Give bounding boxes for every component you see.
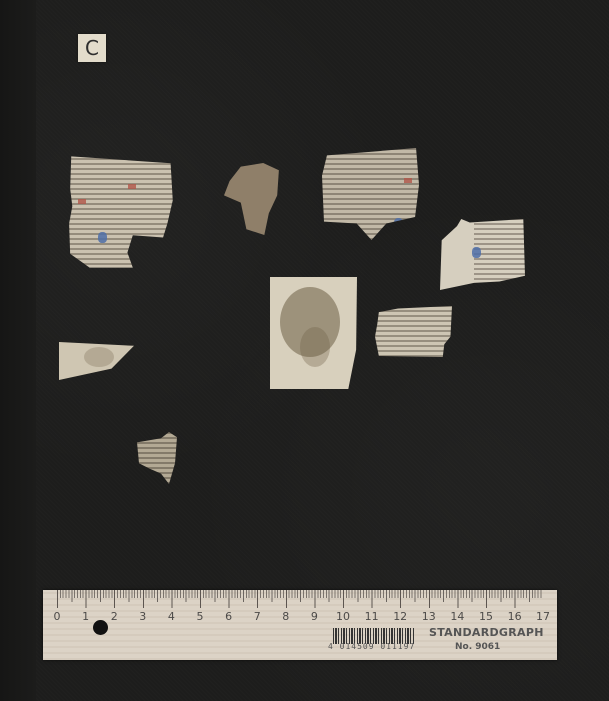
fragment-5 (270, 277, 357, 389)
ruler-number: 2 (111, 610, 118, 623)
background-edge (0, 0, 36, 701)
ruler-number: 8 (282, 610, 289, 623)
ruler-number: 5 (197, 610, 204, 623)
ruler-ticks (57, 590, 543, 612)
ruler-number: 10 (336, 610, 350, 623)
fragment-6 (375, 306, 452, 357)
ruler-number: 16 (508, 610, 522, 623)
specimen-label-text: C (85, 36, 99, 60)
ruler-number: 12 (393, 610, 407, 623)
specimen-label: C (78, 34, 106, 62)
ruler-number: 11 (365, 610, 379, 623)
ruler-number: 3 (139, 610, 146, 623)
ruler-number: 13 (422, 610, 436, 623)
ruler-number: 4 (168, 610, 175, 623)
ruler-number: 15 (479, 610, 493, 623)
ruler-model: No. 9061 (455, 642, 500, 652)
ruler-brand: STANDARDGRAPH (429, 626, 544, 639)
ruler-number: 6 (225, 610, 232, 623)
scale-ruler: 0 1 2 3 4 5 6 7 8 9 10 11 12 13 14 15 16… (43, 590, 557, 660)
barcode-number: 4 014509 011197 (328, 642, 415, 651)
ruler-hole (93, 620, 108, 635)
ruler-number: 14 (450, 610, 464, 623)
ruler-number: 1 (82, 610, 89, 623)
ruler-number: 9 (311, 610, 318, 623)
ruler-number: 0 (54, 610, 61, 623)
ruler-number: 17 (536, 610, 550, 623)
ruler-number: 7 (254, 610, 261, 623)
